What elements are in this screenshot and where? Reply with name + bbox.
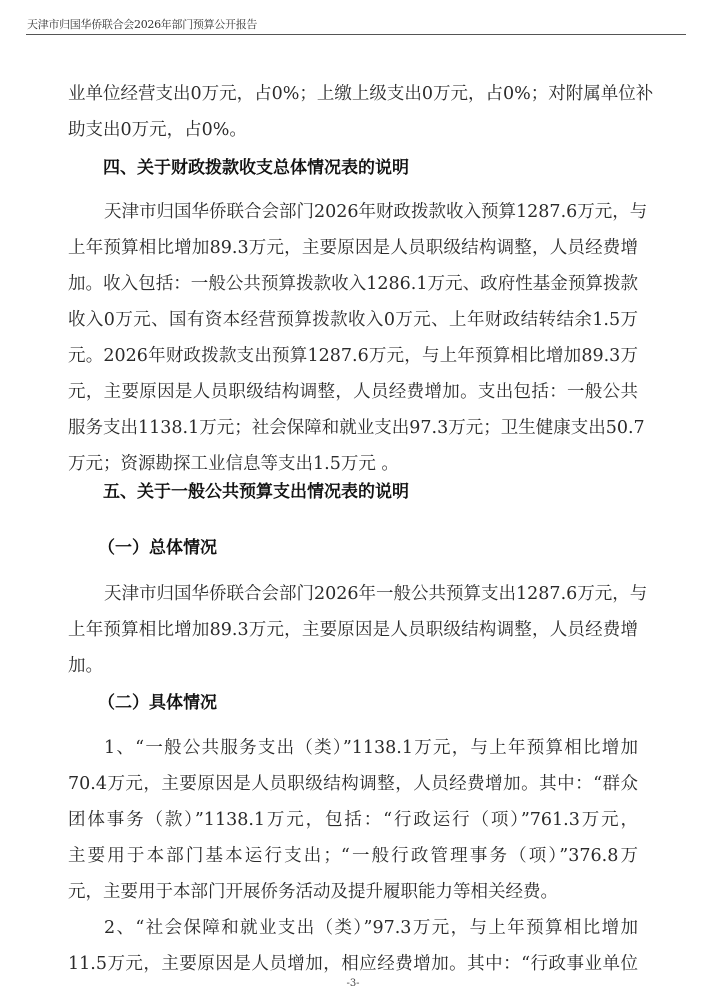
paragraph-line: 主要用于本部门基本运行支出；“一般行政管理事务（项）”376.8万 — [68, 844, 638, 868]
paragraph-line: 天津市归国华侨联合会部门2026年财政拨款收入预算1287.6万元，与 — [68, 200, 638, 224]
page-number: -3- — [0, 978, 706, 989]
paragraph-line: 万元；资源勘探工业信息等支出1.5万元 。 — [68, 452, 638, 476]
header-divider — [26, 34, 686, 35]
section-heading-4: 四、关于财政拨款收支总体情况表的说明 — [103, 153, 409, 178]
header-title: 天津市归国华侨联合会2026年部门预算公开报告 — [27, 16, 257, 32]
paragraph-line: 团体事务（款）”1138.1万元，包括：“行政运行（项）”761.3万元， — [68, 808, 638, 832]
subsection-heading-details: （二）具体情况 — [98, 688, 217, 713]
section-heading-5: 五、关于一般公共预算支出情况表的说明 — [103, 477, 409, 502]
paragraph-line: 加。收入包括：一般公共预算拨款收入1286.1万元、政府性基金预算拨款 — [68, 272, 638, 296]
paragraph-line: 1、“一般公共服务支出（类）”1138.1万元，与上年预算相比增加 — [68, 736, 638, 760]
paragraph-line: 收入0万元、国有资本经营预算拨款收入0万元、上年财政结转结余1.5万 — [68, 308, 638, 332]
paragraph-line: 上年预算相比增加89.3万元，主要原因是人员职级结构调整，人员经费增 — [68, 236, 638, 260]
paragraph-line: 服务支出1138.1万元；社会保障和就业支出97.3万元；卫生健康支出50.7 — [68, 416, 638, 440]
paragraph-line: 11.5万元，主要原因是人员增加，相应经费增加。其中：“行政事业单位 — [68, 952, 638, 976]
paragraph-line: 元，主要原因是人员职级结构调整，人员经费增加。支出包括：一般公共 — [68, 380, 638, 404]
paragraph-line: 2、“社会保障和就业支出（类）”97.3万元，与上年预算相比增加 — [68, 916, 638, 940]
paragraph-line: 业单位经营支出0万元，占0%；上缴上级支出0万元，占0%；对附属单位补 — [68, 82, 638, 106]
paragraph-line: 元。2026年财政拨款支出预算1287.6万元，与上年预算相比增加89.3万 — [68, 344, 638, 368]
paragraph-line: 元，主要用于本部门开展侨务活动及提升履职能力等相关经费。 — [68, 880, 638, 904]
subsection-heading-overall: （一）总体情况 — [98, 533, 217, 558]
paragraph-line: 70.4万元，主要原因是人员职级结构调整，人员经费增加。其中：“群众 — [68, 772, 638, 796]
paragraph-line: 上年预算相比增加89.3万元，主要原因是人员职级结构调整，人员经费增 — [68, 618, 638, 642]
paragraph-line: 加。 — [68, 654, 638, 678]
paragraph-line: 天津市归国华侨联合会部门2026年一般公共预算支出1287.6万元，与 — [68, 582, 638, 606]
paragraph-line: 助支出0万元，占0%。 — [68, 118, 638, 142]
